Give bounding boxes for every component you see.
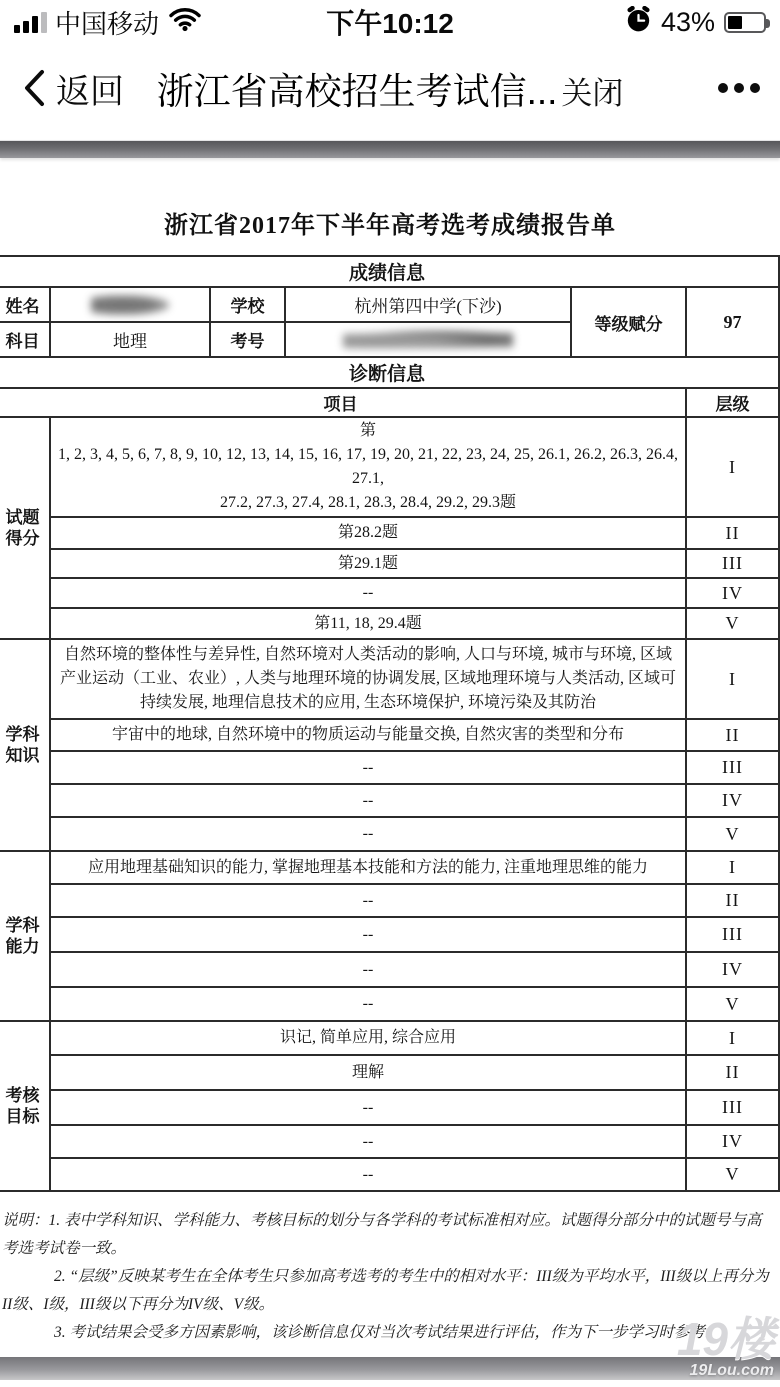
level-cell: V [686, 987, 779, 1021]
status-bar: 中国移动 下午10:12 43% [0, 0, 780, 44]
section-group-label: 学科能力 [0, 851, 50, 1021]
subject-label: 科目 [0, 322, 50, 357]
school-label: 学校 [210, 287, 285, 322]
level-cell: II [686, 884, 779, 917]
item-cell: -- [50, 987, 686, 1021]
item-cell: 第29.1题 [50, 549, 686, 578]
level-cell: IV [686, 952, 779, 987]
back-chevron-icon [20, 67, 46, 109]
diagnosis-header: 诊断信息 [0, 357, 779, 388]
level-cell: V [686, 608, 779, 639]
item-cell: 应用地理基础知识的能力, 掌握地理基本技能和方法的能力, 注重地理思维的能力 [50, 851, 686, 884]
subject-value: 地理 [50, 322, 210, 357]
item-cell: 第11, 18, 29.4题 [50, 608, 686, 639]
footnote-1: 说明：1. 表中学科知识、学科能力、考核目标的划分与各学科的考试标准相对应。试题… [2, 1207, 770, 1263]
section-group-label: 试题得分 [0, 417, 50, 639]
level-cell: IV [686, 784, 779, 817]
item-cell: -- [50, 952, 686, 987]
alarm-clock-icon [625, 6, 652, 38]
site-logo: 19楼 [677, 1316, 774, 1362]
item-cell: 第28.2题 [50, 517, 686, 549]
footnote-2: 2. “层级”反映某考生在全体考生只参加高考选考的考生中的相对水平：III级为平… [2, 1263, 770, 1319]
item-column-header: 项目 [0, 388, 686, 417]
report-table: 成绩信息 姓名 学校 杭州第四中学(下沙) 等级赋分 97 科目 地理 考号 诊… [0, 255, 780, 1192]
level-cell: II [686, 1055, 779, 1090]
footnote-3: 3. 考试结果会受多方因素影响，该诊断信息仅对当次考试结果进行评估，作为下一步学… [2, 1319, 770, 1347]
back-button-label: 返回 [56, 64, 124, 113]
level-cell: V [686, 817, 779, 851]
item-cell: 宇宙中的地球, 自然环境中的物质运动与能量交换, 自然灾害的类型和分布 [50, 719, 686, 751]
more-menu-button[interactable] [718, 83, 760, 93]
bottom-divider-bar [0, 1357, 780, 1380]
battery-icon [724, 12, 766, 33]
grade-assign-label: 等级赋分 [571, 287, 686, 357]
item-cell: -- [50, 884, 686, 917]
item-cell: 理解 [50, 1055, 686, 1090]
level-cell: III [686, 1090, 779, 1125]
section-group-label: 考核目标 [0, 1021, 50, 1191]
item-cell: 自然环境的整体性与差异性, 自然环境对人类活动的影响, 人口与环境, 城市与环境… [50, 639, 686, 719]
level-cell: IV [686, 578, 779, 608]
level-cell: I [686, 1021, 779, 1055]
item-cell: -- [50, 1090, 686, 1125]
redacted-name-value [91, 295, 169, 315]
name-value-cell [50, 287, 210, 322]
item-cell: 识记, 简单应用, 综合应用 [50, 1021, 686, 1055]
item-cell: -- [50, 751, 686, 784]
exam-no-value-cell [285, 322, 571, 357]
item-cell: -- [50, 1125, 686, 1158]
level-cell: I [686, 851, 779, 884]
section-group-label: 学科知识 [0, 639, 50, 851]
nav-bar: 返回 浙江省高校招生考试信... 关闭 [0, 44, 780, 132]
item-cell: -- [50, 817, 686, 851]
site-watermark: 19楼 19Lou.com [677, 1316, 774, 1379]
level-cell: III [686, 917, 779, 952]
school-value: 杭州第四中学(下沙) [285, 287, 571, 322]
site-domain-label: 19Lou.com [677, 1363, 774, 1379]
page-title: 浙江省高校招生考试信... [157, 61, 558, 115]
level-cell: IV [686, 1125, 779, 1158]
level-cell: I [686, 639, 779, 719]
level-cell: II [686, 517, 779, 549]
back-button[interactable]: 返回 [20, 64, 124, 113]
item-cell: -- [50, 578, 686, 608]
level-cell: III [686, 549, 779, 578]
level-cell: II [686, 719, 779, 751]
level-cell: V [686, 1158, 779, 1191]
redacted-exam-no-value [343, 330, 513, 350]
level-column-header: 层级 [686, 388, 779, 417]
score-report-document: 浙江省2017年下半年高考选考成绩报告单 成绩信息 姓名 学校 杭州第四中学(下… [0, 205, 780, 1346]
footnotes: 说明：1. 表中学科知识、学科能力、考核目标的划分与各学科的考试标准相对应。试题… [0, 1207, 780, 1346]
name-label: 姓名 [0, 287, 50, 322]
item-cell: 第 1, 2, 3, 4, 5, 6, 7, 8, 9, 10, 12, 13,… [50, 417, 686, 517]
score-info-header: 成绩信息 [0, 256, 779, 287]
top-divider-bar [0, 140, 780, 158]
exam-no-label: 考号 [210, 322, 285, 357]
more-menu-icon [718, 83, 760, 93]
level-cell: III [686, 751, 779, 784]
report-title: 浙江省2017年下半年高考选考成绩报告单 [0, 205, 780, 240]
level-cell: I [686, 417, 779, 517]
close-button[interactable]: 关闭 [561, 68, 623, 113]
item-cell: -- [50, 917, 686, 952]
battery-percent-label: 43% [661, 7, 715, 38]
grade-assign-value: 97 [686, 287, 779, 357]
item-cell: -- [50, 1158, 686, 1191]
item-cell: -- [50, 784, 686, 817]
